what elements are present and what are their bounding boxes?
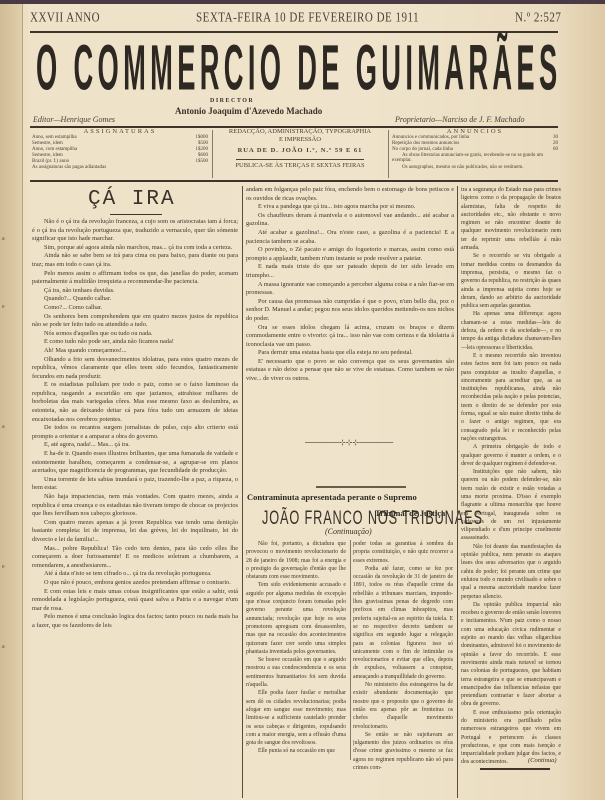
office-line2: E IMPRESSÃO — [216, 136, 384, 144]
article-headline-ca-ira: ÇÁ IRA — [88, 188, 176, 211]
ads-heading: ANNUNCIOS — [392, 128, 558, 135]
director-name: Antonio Joaquim d'Azevedo Machado — [175, 106, 322, 116]
box-divider — [388, 130, 389, 178]
end-rule — [480, 768, 550, 770]
column-divider — [350, 540, 351, 760]
info-rule-bottom — [30, 180, 558, 182]
article-headline-joao-franco: JOÃO FRANCO NOS TRIBUNAES — [262, 507, 483, 529]
article2-column-c: tra a segurança do Estado mas para crime… — [461, 186, 561, 766]
article-column-2: andam em folganças pelo paiz fóra, enche… — [246, 186, 454, 430]
article-column-1: Não é o çá ira da revolução franceza, a … — [32, 218, 238, 798]
section-ornament: ──────⊹⊹⊹────── — [305, 438, 393, 447]
ads-box: ANNUNCIOS Annuncios e communicados, por … — [392, 128, 558, 178]
newspaper-page: a e a e a XXVII ANNO SEXTA-FEIRA 10 DE F… — [0, 0, 605, 800]
continued-label: (Continua) — [528, 757, 557, 764]
year-label: XXVII ANNO — [30, 11, 100, 25]
issue-date: SEXTA-FEIRA 10 DE FEVEREIRO DE 1911 — [196, 11, 419, 25]
publication-schedule: PUBLICA-SE ÀS TERÇAS E SEXTAS FEIRAS — [216, 162, 384, 170]
issue-number: N.º 2:527 — [515, 11, 561, 25]
scan-edge — [0, 0, 605, 4]
newspaper-title: O COMMERCIO DE GUIMARÃES — [36, 33, 365, 106]
director-label: DIRECTOR — [210, 98, 254, 104]
subscriptions-box: ASSIGNATURAS Anno, sem estampilha1$000 S… — [32, 128, 208, 178]
ads-note: As obras litterarias annunciam-se gratis… — [392, 153, 558, 163]
office-address: RUA DE D. JOÃO I.º, N.º 59 E 61 — [216, 147, 384, 155]
continuation-label: (Continuação) — [325, 527, 372, 536]
binding-margin: a e a e a — [0, 4, 23, 800]
office-box: REDACÇÃO, ADMINISTRAÇÃO, TYPOGRAPHIA E I… — [216, 128, 384, 178]
headline-underline — [110, 214, 162, 215]
office-line1: REDACÇÃO, ADMINISTRAÇÃO, TYPOGRAPHIA — [216, 128, 384, 136]
column-divider — [242, 186, 243, 798]
subscriptions-heading: ASSIGNATURAS — [32, 128, 208, 135]
box-divider — [212, 130, 213, 178]
subscription-note: As assignaturas são pagas adiantadas — [32, 165, 208, 170]
ads-note-autographs: Os autographos, mesmo os não publicados,… — [392, 165, 558, 170]
editor-credit: Editor—Henrique Gomes — [33, 115, 115, 124]
proprietor-credit: Proprietario—Narciso de J. F. Machado — [395, 115, 524, 124]
subheadline-line2: Tribunal de Justiça — [375, 508, 445, 518]
article2-column-b: poder todas as garantias á sombra da pro… — [353, 540, 453, 798]
article2-column-a: Não foi, portanto, a dictadura que provo… — [246, 540, 346, 798]
headline-underline — [316, 486, 406, 488]
column-divider — [457, 186, 458, 798]
subheadline: Contraminuta apresentada perante o Supre… — [247, 492, 417, 502]
